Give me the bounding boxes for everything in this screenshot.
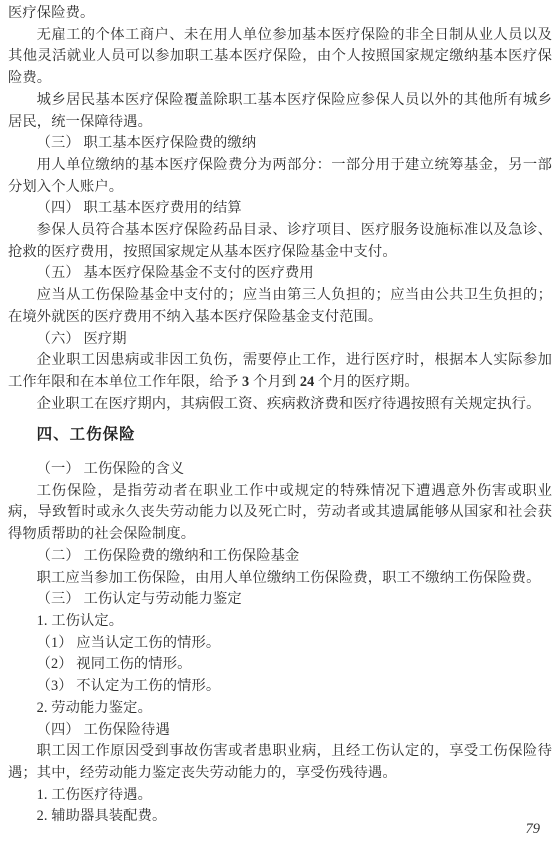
list-item: （2） 视同工伤的情形。 xyxy=(8,654,552,676)
paragraph: 城乡居民基本医疗保险覆盖除职工基本医疗保险应参保人员以外的其他所有城乡居民，统一… xyxy=(8,90,552,133)
list-item: （3） 不认定为工伤的情形。 xyxy=(8,676,552,698)
sub-heading: （三） 职工基本医疗保险费的缴纳 xyxy=(8,133,552,155)
section-heading: 四、工伤保险 xyxy=(8,424,552,446)
paragraph: 企业职工因患病或非因工负伤，需要停止工作，进行医疗时，根据本人实际参加工作年限和… xyxy=(8,350,552,393)
paragraph: 职工因工作原因受到事故伤害或者患职业病，且经工伤认定的，享受工伤保险待遇；其中，… xyxy=(8,741,552,784)
paragraph: 工伤保险，是指劳动者在职业工作中或规定的特殊情况下遭遇意外伤害或职业病，导致暂时… xyxy=(8,481,552,546)
paragraph: 应当从工伤保险基金中支付的；应当由第三人负担的；应当由公共卫生负担的；在境外就医… xyxy=(8,285,552,328)
sub-heading: （五） 基本医疗保险基金不支付的医疗费用 xyxy=(8,263,552,285)
list-item: 1. 工伤认定。 xyxy=(8,611,552,633)
list-item: 2. 劳动能力鉴定。 xyxy=(8,698,552,720)
document-body: 医疗保险费。无雇工的个体工商户、未在用人单位参加基本医疗保险的非全日制从业人员以… xyxy=(8,3,552,828)
sub-heading: （二） 工伤保险费的缴纳和工伤保险基金 xyxy=(8,546,552,568)
list-item: 1. 工伤医疗待遇。 xyxy=(8,785,552,807)
book-page: 医疗保险费。无雇工的个体工商户、未在用人单位参加基本医疗保险的非全日制从业人员以… xyxy=(0,0,553,844)
sub-heading: （四） 工伤保险待遇 xyxy=(8,720,552,742)
list-item: （1） 应当认定工伤的情形。 xyxy=(8,633,552,655)
paragraph: 企业职工在医疗期内，其病假工资、疾病救济费和医疗待遇按照有关规定执行。 xyxy=(8,394,552,416)
sub-heading: （三） 工伤认定与劳动能力鉴定 xyxy=(8,589,552,611)
paragraph: 职工应当参加工伤保险，由用人单位缴纳工伤保险费，职工不缴纳工伤保险费。 xyxy=(8,568,552,590)
list-item: 2. 辅助器具装配费。 xyxy=(8,806,552,828)
page-number: 79 xyxy=(526,821,541,838)
paragraph: 用人单位缴纳的基本医疗保险费分为两部分：一部分用于建立统筹基金，另一部分划入个人… xyxy=(8,155,552,198)
paragraph: 无雇工的个体工商户、未在用人单位参加基本医疗保险的非全日制从业人员以及其他灵活就… xyxy=(8,25,552,90)
paragraph: 参保人员符合基本医疗保险药品目录、诊疗项目、医疗服务设施标准以及急诊、抢救的医疗… xyxy=(8,220,552,263)
paragraph: 医疗保险费。 xyxy=(8,3,552,25)
sub-heading: （四） 职工基本医疗费用的结算 xyxy=(8,198,552,220)
sub-heading: （一） 工伤保险的含义 xyxy=(8,459,552,481)
sub-heading: （六） 医疗期 xyxy=(8,329,552,351)
